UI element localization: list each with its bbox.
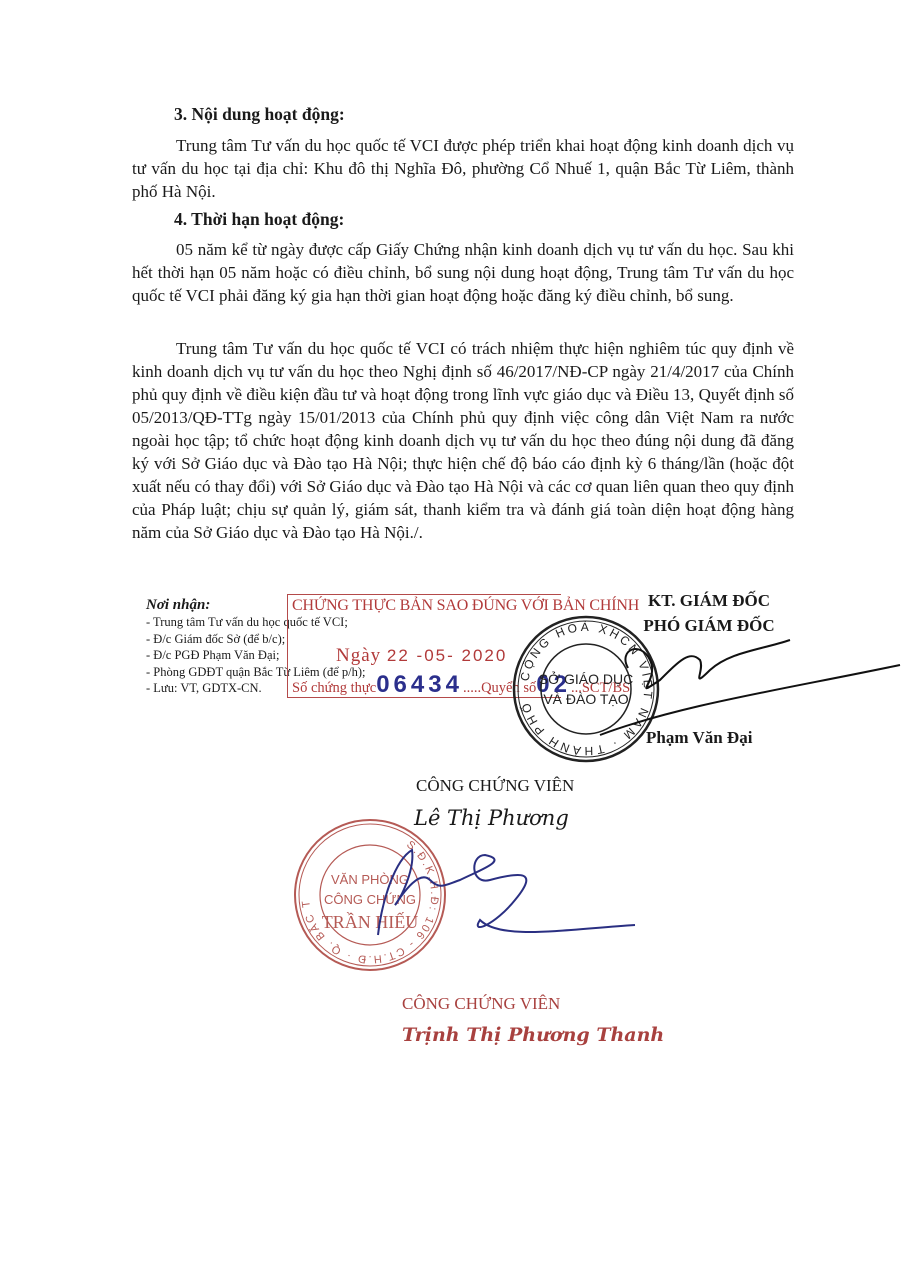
- svg-text:TRẦN HIẾU: TRẦN HIẾU: [322, 911, 419, 932]
- svg-text:VĂN PHÒNG: VĂN PHÒNG: [331, 872, 409, 887]
- notary-2-title: CÔNG CHỨNG VIÊN: [402, 994, 560, 1014]
- notary-1-name: Lê Thị Phương: [414, 806, 569, 830]
- document-page: 3. Nội dung hoạt động: Trung tâm Tư vấn …: [0, 0, 905, 1279]
- notary-office-seal: S.Đ.K.H.Đ: 106 - CT.H.Đ · Q. BẮC TỪ LIÊM…: [0, 0, 445, 970]
- svg-text:VÀ ĐÀO TẠO: VÀ ĐÀO TẠO: [543, 691, 628, 707]
- dept-seal: CỘNG HOÀ XHCN VIỆT NAM · THÀNH PHỐ HÀ NỘ…: [0, 0, 658, 761]
- notary-1-title: CÔNG CHỨNG VIÊN: [416, 776, 574, 796]
- seals-and-signatures: CỘNG HOÀ XHCN VIỆT NAM · THÀNH PHỐ HÀ NỘ…: [0, 0, 905, 1279]
- svg-text:SỞ GIÁO DỤC: SỞ GIÁO DỤC: [539, 670, 633, 687]
- notary-2-name: Trịnh Thị Phương Thanh: [402, 1024, 664, 1046]
- svg-text:CỘNG HOÀ XHCN VIỆT NAM · THÀNH: CỘNG HOÀ XHCN VIỆT NAM · THÀNH PHỐ HÀ NỘ…: [0, 0, 656, 759]
